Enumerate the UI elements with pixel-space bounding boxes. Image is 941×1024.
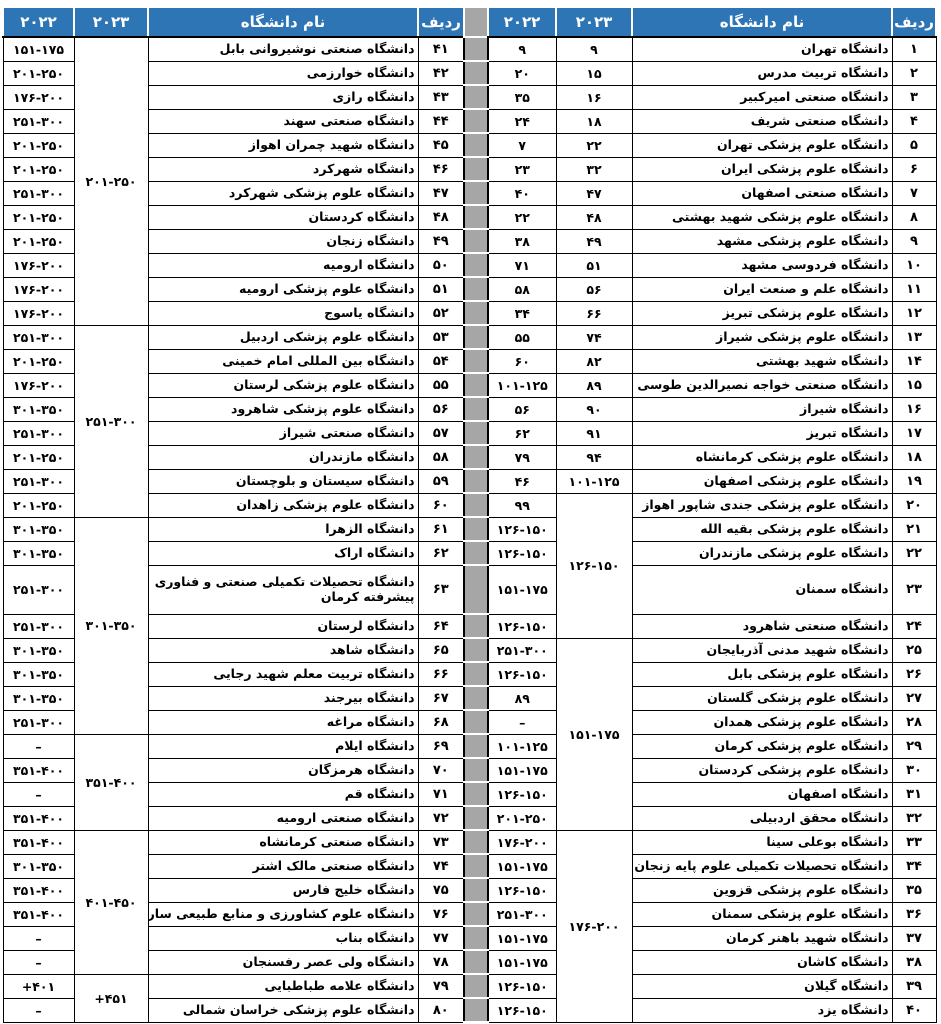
rank-2023: ۱۸ [556, 109, 632, 133]
row-number: ۶۳ [418, 565, 464, 614]
row-number: ۶۷ [418, 686, 464, 710]
rank-2023: ۱۰۱-۱۲۵ [556, 469, 632, 493]
rank-2022: ۱۲۶-۱۵۰ [488, 541, 556, 565]
university-name: دانشگاه مازندران [148, 445, 418, 469]
rank-2022: ۱۰۱-۱۲۵ [488, 734, 556, 758]
rank-2022: ۴۶ [488, 469, 556, 493]
rank-2022: – [3, 950, 74, 974]
spacer-cell [464, 854, 488, 878]
rank-2022: ۱۵۱-۱۷۵ [3, 37, 74, 61]
spacer-cell [464, 565, 488, 614]
university-name: دانشگاه علوم پزشکی کرمان [632, 734, 892, 758]
spacer-cell [464, 133, 488, 157]
rank-2022: ۳۵۱-۴۰۰ [3, 758, 74, 782]
row-number: ۶ [892, 157, 936, 181]
university-name: دانشگاه لرستان [148, 614, 418, 638]
row-number: ۵۹ [418, 469, 464, 493]
rank-2022: ۲۵۱-۳۰۰ [3, 109, 74, 133]
rank-2022: ۲۰۱-۲۵۰ [3, 445, 74, 469]
rank-2022: ۱۲۶-۱۵۰ [488, 974, 556, 998]
table-row: ۲۱دانشگاه علوم پزشکی بقیه الله۱۲۶-۱۵۰۶۱د… [3, 517, 936, 541]
rank-2022: ۲۵۱-۳۰۰ [3, 565, 74, 614]
university-name: دانشگاه علم و صنعت ایران [632, 277, 892, 301]
row-number: ۲ [892, 61, 936, 85]
rank-2022: ۵۸ [488, 277, 556, 301]
rank-2023: ۲۰۱-۲۵۰ [74, 37, 148, 325]
row-number: ۲۱ [892, 517, 936, 541]
university-name: دانشگاه تربیت معلم شهید رجایی [148, 662, 418, 686]
university-name: دانشگاه علوم پزشکی ارومیه [148, 277, 418, 301]
rank-2022: ۸۹ [488, 686, 556, 710]
university-name: دانشگاه علوم پزشکی شیراز [632, 325, 892, 349]
university-name: دانشگاه اصفهان [632, 782, 892, 806]
rank-2023: ۱۵۱-۱۷۵ [556, 638, 632, 830]
row-number: ۲۷ [892, 686, 936, 710]
row-number: ۳۷ [892, 926, 936, 950]
university-ranking-table: ردیف نام دانشگاه ۲۰۲۳ ۲۰۲۲ ردیف نام دانش… [2, 6, 937, 1023]
university-name: دانشگاه شهید چمران اهواز [148, 133, 418, 157]
table-row: ۲۹دانشگاه علوم پزشکی کرمان۱۰۱-۱۲۵۶۹دانشگ… [3, 734, 936, 758]
rank-2023: ۳۰۱-۳۵۰ [74, 517, 148, 734]
rank-2022: ۲۵۱-۳۰۰ [3, 469, 74, 493]
spacer-cell [464, 157, 488, 181]
rank-2023: ۳۵۱-۴۰۰ [74, 734, 148, 830]
row-number: ۳۹ [892, 974, 936, 998]
spacer-cell [464, 85, 488, 109]
rank-2022: ۳۰۱-۳۵۰ [3, 638, 74, 662]
row-number: ۱ [892, 37, 936, 61]
row-number: ۶۰ [418, 493, 464, 517]
row-number: ۵۴ [418, 349, 464, 373]
table-row: ۳۹دانشگاه گیلان۱۲۶-۱۵۰۷۹دانشگاه علامه طب… [3, 974, 936, 998]
row-number: ۷۸ [418, 950, 464, 974]
spacer-cell [464, 277, 488, 301]
spacer-cell [464, 758, 488, 782]
university-name: دانشگاه علوم پزشکی کرمانشاه [632, 445, 892, 469]
row-number: ۸۰ [418, 998, 464, 1022]
university-name: دانشگاه صنعتی ارومیه [148, 806, 418, 830]
rank-2022: ۳۵۱-۴۰۰ [3, 878, 74, 902]
rank-2022: ۵۵ [488, 325, 556, 349]
rank-2022: ۲۰۱-۲۵۰ [3, 133, 74, 157]
row-number: ۶۹ [418, 734, 464, 758]
row-number: ۷۰ [418, 758, 464, 782]
row-number: ۵۰ [418, 253, 464, 277]
row-number: ۷۳ [418, 830, 464, 854]
rank-2022: ۲۵۱-۳۰۰ [3, 325, 74, 349]
row-number: ۳۵ [892, 878, 936, 902]
row-number: ۱۰ [892, 253, 936, 277]
university-name: دانشگاه تبریز [632, 421, 892, 445]
spacer-cell [464, 806, 488, 830]
rank-2023: ۲۵۱-۳۰۰ [74, 325, 148, 517]
row-number: ۳ [892, 85, 936, 109]
row-number: ۶۱ [418, 517, 464, 541]
rank-2022: ۳۰۱-۳۵۰ [3, 662, 74, 686]
university-name: دانشگاه ارومیه [148, 253, 418, 277]
row-number: ۴۵ [418, 133, 464, 157]
university-name: دانشگاه صنعتی امیرکبیر [632, 85, 892, 109]
university-name: دانشگاه علوم پزشکی شاهرود [148, 397, 418, 421]
university-name: دانشگاه بناب [148, 926, 418, 950]
row-number: ۱۵ [892, 373, 936, 397]
rank-2023: ۸۹ [556, 373, 632, 397]
rank-2023: ۱۶ [556, 85, 632, 109]
spacer-cell [464, 469, 488, 493]
rank-2022: ۳۸ [488, 229, 556, 253]
rank-2022: – [3, 998, 74, 1022]
rank-2022: ۹ [488, 37, 556, 61]
row-number: ۲۸ [892, 710, 936, 734]
university-name: دانشگاه علوم پزشکی مشهد [632, 229, 892, 253]
university-name: دانشگاه شیراز [632, 397, 892, 421]
rank-2022: ۳۵ [488, 85, 556, 109]
university-name: دانشگاه زنجان [148, 229, 418, 253]
spacer-cell [464, 686, 488, 710]
rank-2022: ۱۲۶-۱۵۰ [488, 614, 556, 638]
spacer-cell [464, 710, 488, 734]
rank-2022: ۲۰۱-۲۵۰ [488, 806, 556, 830]
university-name: دانشگاه علوم پزشکی کردستان [632, 758, 892, 782]
rank-2022: ۲۵۱-۳۰۰ [3, 181, 74, 205]
header-year-2023-left: ۲۰۲۳ [74, 7, 148, 37]
university-name: دانشگاه علوم پزشکی مازندران [632, 541, 892, 565]
university-name: دانشگاه رازی [148, 85, 418, 109]
rank-2022: ۲۵۱-۳۰۰ [488, 902, 556, 926]
row-number: ۳۸ [892, 950, 936, 974]
rank-2022: ۱۵۱-۱۷۵ [488, 565, 556, 614]
row-number: ۲۵ [892, 638, 936, 662]
university-name: دانشگاه علوم پزشکی تبریز [632, 301, 892, 325]
spacer-cell [464, 541, 488, 565]
rank-2022: ۱۰۱-۱۲۵ [488, 373, 556, 397]
spacer-cell [464, 734, 488, 758]
university-name: دانشگاه بیرجند [148, 686, 418, 710]
rank-2022: ۲۰۱-۲۵۰ [3, 349, 74, 373]
row-number: ۶۶ [418, 662, 464, 686]
row-number: ۷۴ [418, 854, 464, 878]
university-name: دانشگاه صنعتی اصفهان [632, 181, 892, 205]
spacer-cell [464, 301, 488, 325]
rank-2023: ۹۴ [556, 445, 632, 469]
rank-2022: ۳۵۱-۴۰۰ [3, 902, 74, 926]
university-name: دانشگاه مراغه [148, 710, 418, 734]
rank-2022: ۱۵۱-۱۷۵ [488, 950, 556, 974]
rank-2022: ۱۲۶-۱۵۰ [488, 662, 556, 686]
university-name: دانشگاه تهران [632, 37, 892, 61]
university-name: دانشگاه خوارزمی [148, 61, 418, 85]
university-name: دانشگاه تربیت مدرس [632, 61, 892, 85]
rank-2022: ۲۰۱-۲۵۰ [3, 229, 74, 253]
university-name: دانشگاه علوم پزشکی لرستان [148, 373, 418, 397]
university-name: دانشگاه علوم پزشکی همدان [632, 710, 892, 734]
rank-2022: ۲۰۱-۲۵۰ [3, 157, 74, 181]
spacer-cell [464, 181, 488, 205]
spacer-cell [464, 349, 488, 373]
spacer-cell [464, 614, 488, 638]
spacer-cell [464, 325, 488, 349]
rank-2022: ۱۷۶-۲۰۰ [488, 830, 556, 854]
rank-2022: ۶۰ [488, 349, 556, 373]
row-number: ۹ [892, 229, 936, 253]
row-number: ۵۷ [418, 421, 464, 445]
university-name: دانشگاه سیستان و بلوچستان [148, 469, 418, 493]
rank-2022: ۲۲ [488, 205, 556, 229]
rank-2022: – [3, 734, 74, 758]
row-number: ۲۲ [892, 541, 936, 565]
rank-2022: – [488, 710, 556, 734]
university-name: دانشگاه فردوسی مشهد [632, 253, 892, 277]
university-name: دانشگاه هرمزگان [148, 758, 418, 782]
row-number: ۶۸ [418, 710, 464, 734]
row-number: ۶۵ [418, 638, 464, 662]
header-row-number-left: ردیف [418, 7, 464, 37]
row-number: ۴۳ [418, 85, 464, 109]
row-number: ۵۵ [418, 373, 464, 397]
rank-2023: ۱۷۶-۲۰۰ [556, 830, 632, 1022]
university-name: دانشگاه علوم پزشکی اردبیل [148, 325, 418, 349]
rank-2022: ۲۵۱-۳۰۰ [3, 614, 74, 638]
university-name: دانشگاه صنعتی شیراز [148, 421, 418, 445]
row-number: ۲۴ [892, 614, 936, 638]
row-number: ۲۶ [892, 662, 936, 686]
rank-2022: ۱۲۶-۱۵۰ [488, 878, 556, 902]
spacer-cell [464, 638, 488, 662]
university-name: دانشگاه محقق اردبیلی [632, 806, 892, 830]
rank-2022: ۲۰۱-۲۵۰ [3, 205, 74, 229]
university-name: دانشگاه علوم پزشکی زاهدان [148, 493, 418, 517]
rank-2023: ۴۷ [556, 181, 632, 205]
university-name: دانشگاه صنعتی کرمانشاه [148, 830, 418, 854]
header-university-name-right: نام دانشگاه [632, 7, 892, 37]
rank-2023: ۴۹ [556, 229, 632, 253]
university-name: دانشگاه علوم پزشکی ایران [632, 157, 892, 181]
university-name: دانشگاه شهید مدنی آذربایجان [632, 638, 892, 662]
row-number: ۱۲ [892, 301, 936, 325]
header-row-number-right: ردیف [892, 7, 936, 37]
rank-2022: ۲۵۱-۳۰۰ [3, 710, 74, 734]
row-number: ۶۲ [418, 541, 464, 565]
university-name: دانشگاه اراک [148, 541, 418, 565]
row-number: ۵۲ [418, 301, 464, 325]
row-number: ۱۳ [892, 325, 936, 349]
row-number: ۴ [892, 109, 936, 133]
university-name: دانشگاه علوم پزشکی قزوین [632, 878, 892, 902]
row-number: ۴۶ [418, 157, 464, 181]
university-name: دانشگاه ایلام [148, 734, 418, 758]
row-number: ۲۳ [892, 565, 936, 614]
rank-2023: ۴۸ [556, 205, 632, 229]
row-number: ۴۹ [418, 229, 464, 253]
university-name: دانشگاه علامه طباطبایی [148, 974, 418, 998]
rank-2022: ۱۲۶-۱۵۰ [488, 782, 556, 806]
row-number: ۵۳ [418, 325, 464, 349]
row-number: ۴۱ [418, 37, 464, 61]
rank-2022: ۱۷۶-۲۰۰ [3, 301, 74, 325]
university-name: دانشگاه تحصیلات تکمیلی علوم پایه زنجان [632, 854, 892, 878]
spacer-cell [464, 445, 488, 469]
table-header: ردیف نام دانشگاه ۲۰۲۳ ۲۰۲۲ ردیف نام دانش… [3, 7, 936, 37]
university-name: دانشگاه خلیج فارس [148, 878, 418, 902]
university-name: دانشگاه علوم پزشکی بابل [632, 662, 892, 686]
rank-2022: ۷ [488, 133, 556, 157]
rank-2022: ۱۵۱-۱۷۵ [488, 758, 556, 782]
row-number: ۱۹ [892, 469, 936, 493]
rank-2022: – [3, 926, 74, 950]
university-name: دانشگاه شهید بهشتی [632, 349, 892, 373]
row-number: ۷ [892, 181, 936, 205]
rank-2023: ۶۶ [556, 301, 632, 325]
university-name: دانشگاه علوم پزشکی تهران [632, 133, 892, 157]
rank-2022: ۱۲۶-۱۵۰ [488, 517, 556, 541]
rank-2022: ۱۲۶-۱۵۰ [488, 998, 556, 1022]
university-name: دانشگاه علوم کشاورزی و منابع طبیعی ساری [148, 902, 418, 926]
university-name: دانشگاه بوعلی سینا [632, 830, 892, 854]
header-spacer [464, 7, 488, 37]
university-name: دانشگاه بین المللی امام خمینی [148, 349, 418, 373]
rank-2023: ۴۰۱-۴۵۰ [74, 830, 148, 974]
row-number: ۱۷ [892, 421, 936, 445]
row-number: ۷۹ [418, 974, 464, 998]
university-name: دانشگاه قم [148, 782, 418, 806]
university-name: دانشگاه یزد [632, 998, 892, 1022]
university-name: دانشگاه علوم پزشکی گلستان [632, 686, 892, 710]
row-number: ۳۶ [892, 902, 936, 926]
rank-2022: ۲۵۱-۳۰۰ [3, 421, 74, 445]
rank-2022: ۶۲ [488, 421, 556, 445]
rank-2022: – [3, 782, 74, 806]
rank-2023: ۳۲ [556, 157, 632, 181]
rank-2023: ۷۴ [556, 325, 632, 349]
spacer-cell [464, 253, 488, 277]
rank-2022: ۳۰۱-۳۵۰ [3, 686, 74, 710]
rank-2023: ۱۵ [556, 61, 632, 85]
row-number: ۶۴ [418, 614, 464, 638]
rank-2022: ۵۶ [488, 397, 556, 421]
rank-2022: ۱۵۱-۱۷۵ [488, 854, 556, 878]
table-row: ۱دانشگاه تهران۹۹۴۱دانشگاه صنعتی نوشیروان… [3, 37, 936, 61]
row-number: ۱۴ [892, 349, 936, 373]
row-number: ۳۴ [892, 854, 936, 878]
rank-2022: ۲۳ [488, 157, 556, 181]
rank-2022: ۲۰۱-۲۵۰ [3, 61, 74, 85]
university-name: دانشگاه شهرکرد [148, 157, 418, 181]
row-number: ۷۶ [418, 902, 464, 926]
university-name: دانشگاه صنعتی نوشیروانی بابل [148, 37, 418, 61]
university-name: دانشگاه شاهد [148, 638, 418, 662]
rank-2022: ۳۰۱-۳۵۰ [3, 541, 74, 565]
row-number: ۷۲ [418, 806, 464, 830]
rank-2022: ۷۹ [488, 445, 556, 469]
row-number: ۲۹ [892, 734, 936, 758]
rank-2022: ۳۴ [488, 301, 556, 325]
table-row: ۳۳دانشگاه بوعلی سینا۱۷۶-۲۰۰۱۷۶-۲۰۰۷۳دانش… [3, 830, 936, 854]
rank-2023: ۵۶ [556, 277, 632, 301]
spacer-cell [464, 878, 488, 902]
university-name: دانشگاه علوم پزشکی شهید بهشتی [632, 205, 892, 229]
spacer-cell [464, 373, 488, 397]
row-number: ۳۲ [892, 806, 936, 830]
university-name: دانشگاه شهید باهنر کرمان [632, 926, 892, 950]
university-name: دانشگاه علوم پزشکی بقیه الله [632, 517, 892, 541]
spacer-cell [464, 517, 488, 541]
university-name: دانشگاه علوم پزشکی سمنان [632, 902, 892, 926]
university-name: دانشگاه علوم پزشکی اصفهان [632, 469, 892, 493]
university-name: دانشگاه صنعتی شاهرود [632, 614, 892, 638]
table-body: ۱دانشگاه تهران۹۹۴۱دانشگاه صنعتی نوشیروان… [3, 37, 936, 1022]
header-year-2023-right: ۲۰۲۳ [556, 7, 632, 37]
rank-2022: ۱۷۶-۲۰۰ [3, 277, 74, 301]
rank-2023: ۹۰ [556, 397, 632, 421]
row-number: ۴۷ [418, 181, 464, 205]
rank-2022: ۹۹ [488, 493, 556, 517]
rank-2022: ۱۵۱-۱۷۵ [488, 926, 556, 950]
rank-2023: +۴۵۱ [74, 974, 148, 1022]
university-name: دانشگاه صنعتی خواجه نصیرالدین طوسی [632, 373, 892, 397]
row-number: ۸ [892, 205, 936, 229]
rank-2022: ۷۱ [488, 253, 556, 277]
row-number: ۷۵ [418, 878, 464, 902]
rank-2022: +۴۰۱ [3, 974, 74, 998]
header-year-2022-right: ۲۰۲۲ [488, 7, 556, 37]
spacer-cell [464, 229, 488, 253]
university-name: دانشگاه صنعتی شریف [632, 109, 892, 133]
spacer-cell [464, 37, 488, 61]
university-name: دانشگاه علوم پزشکی خراسان شمالی [148, 998, 418, 1022]
spacer-cell [464, 998, 488, 1022]
spacer-cell [464, 902, 488, 926]
rank-2022: ۲۰۱-۲۵۰ [3, 493, 74, 517]
university-name: دانشگاه ولی عصر رفسنجان [148, 950, 418, 974]
spacer-cell [464, 109, 488, 133]
spacer-cell [464, 205, 488, 229]
row-number: ۵ [892, 133, 936, 157]
rank-2022: ۲۰ [488, 61, 556, 85]
rank-2022: ۳۵۱-۴۰۰ [3, 830, 74, 854]
rank-2022: ۱۷۶-۲۰۰ [3, 373, 74, 397]
page: ردیف نام دانشگاه ۲۰۲۳ ۲۰۲۲ ردیف نام دانش… [0, 0, 941, 1024]
header-university-name-left: نام دانشگاه [148, 7, 418, 37]
rank-2022: ۲۵۱-۳۰۰ [488, 638, 556, 662]
university-name: دانشگاه سمنان [632, 565, 892, 614]
row-number: ۵۸ [418, 445, 464, 469]
spacer-cell [464, 830, 488, 854]
rank-2023: ۹۱ [556, 421, 632, 445]
row-number: ۱۶ [892, 397, 936, 421]
rank-2023: ۹ [556, 37, 632, 61]
row-number: ۴۴ [418, 109, 464, 133]
university-name: دانشگاه کردستان [148, 205, 418, 229]
row-number: ۷۷ [418, 926, 464, 950]
rank-2022: ۲۴ [488, 109, 556, 133]
rank-2022: ۳۰۱-۳۵۰ [3, 854, 74, 878]
rank-2023: ۱۲۶-۱۵۰ [556, 493, 632, 638]
rank-2023: ۵۱ [556, 253, 632, 277]
rank-2023: ۸۲ [556, 349, 632, 373]
university-name: دانشگاه یاسوج [148, 301, 418, 325]
spacer-cell [464, 950, 488, 974]
university-name: دانشگاه صنعتی سهند [148, 109, 418, 133]
row-number: ۱۱ [892, 277, 936, 301]
row-number: ۳۳ [892, 830, 936, 854]
rank-2022: ۱۷۶-۲۰۰ [3, 253, 74, 277]
university-name: دانشگاه علوم پزشکی شهرکرد [148, 181, 418, 205]
rank-2023: ۲۲ [556, 133, 632, 157]
university-name: دانشگاه صنعتی مالک اشتر [148, 854, 418, 878]
header-year-2022-left: ۲۰۲۲ [3, 7, 74, 37]
rank-2022: ۳۰۱-۳۵۰ [3, 397, 74, 421]
row-number: ۴۲ [418, 61, 464, 85]
